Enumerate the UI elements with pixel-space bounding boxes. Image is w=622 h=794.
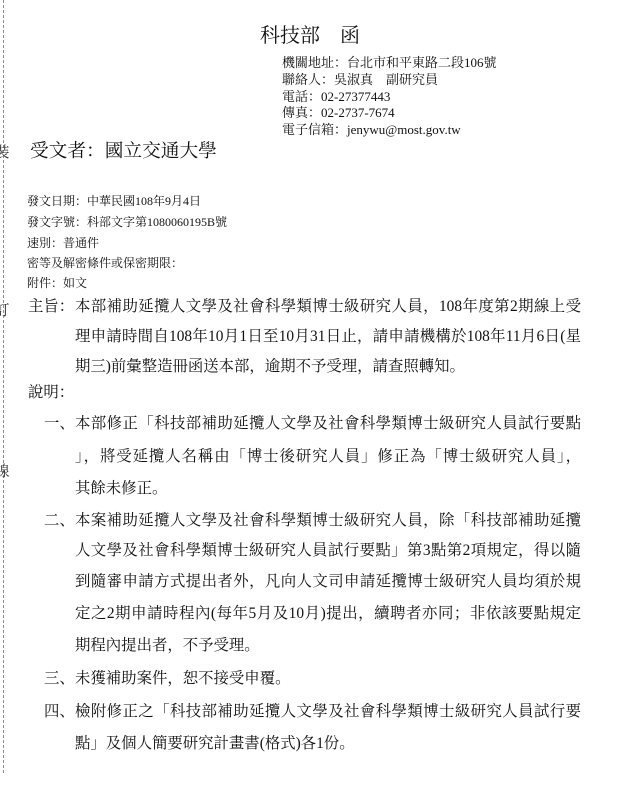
contact-person: 聯絡人：吳淑真 副研究員: [282, 72, 438, 88]
contact-fax: 傳真：02-2737-7674: [282, 105, 395, 121]
official-letter-page: 裝 訂 線 科技部 函 機關地址：台北市和平東路二段106號 聯絡人：吳淑真 副…: [0, 0, 622, 794]
item-line: 點」及個人簡要研究計畫書(格式)各1份。: [75, 734, 355, 754]
binding-mark-zhuang: 裝: [0, 145, 10, 161]
item-line: 本案補助延攬人文學及社會科學類博士級研究人員，除「科技部補助延攬: [75, 511, 581, 531]
subject-line: 理申請時間自108年10月1日至10月31日止，請申請機構於108年11月6日(…: [75, 327, 581, 347]
meta-value: 如文: [63, 276, 87, 290]
subject-label: 主旨：: [28, 297, 74, 317]
contact-phone-label: 電話：: [282, 89, 321, 104]
meta-issue-date: 發文日期：中華民國108年9月4日: [27, 194, 201, 208]
agency-name: 科技部: [260, 25, 320, 47]
contact-fax-label: 傳真：: [282, 105, 321, 120]
meta-value: 科部文字第1080060195B號: [87, 215, 227, 229]
item-line: 」，將受延攬人名稱由「博士後研究人員」修正為「博士級研究人員」，: [75, 447, 581, 467]
item-number: 三、: [44, 669, 75, 689]
document-type: 函: [340, 25, 360, 47]
meta-attachment: 附件：如文: [27, 276, 87, 290]
item-number: 一、: [44, 414, 75, 434]
meta-label: 附件：: [27, 276, 63, 290]
item-line: 人文學及社會科學類博士級研究人員試行要點」第3點第2項規定，得以隨: [75, 541, 581, 561]
subject-line: 本部補助延攬人文學及社會科學類博士級研究人員，108年度第2期線上受: [75, 297, 581, 317]
meta-label: 發文日期：: [27, 194, 87, 208]
contact-phone: 電話：02-27377443: [282, 89, 390, 105]
contact-email: 電子信箱：jenywu@most.gov.tw: [282, 122, 461, 138]
item-number: 二、: [44, 511, 75, 531]
binding-mark-ding: 訂: [0, 303, 10, 319]
contact-phone-value: 02-27377443: [321, 89, 390, 104]
recipient-value: 國立交通大學: [105, 141, 217, 162]
item-line: 本部修正「科技部補助延攬人文學及社會科學類博士級研究人員試行要點: [75, 414, 581, 434]
meta-label: 密等及解密條件或保密期限：: [27, 256, 183, 270]
contact-email-value: jenywu@most.gov.tw: [347, 122, 461, 137]
contact-address-value: 台北市和平東路二段106號: [347, 55, 497, 70]
item-line: 檢附修正之「科技部補助延攬人文學及社會科學類博士級研究人員試行要: [75, 702, 581, 722]
contact-email-label: 電子信箱：: [282, 122, 347, 137]
contact-address-label: 機關地址：: [282, 55, 347, 70]
binding-mark-xian: 線: [0, 464, 10, 480]
meta-priority: 速別：普通件: [27, 236, 99, 250]
item-line: 到隨審申請方式提出者外，凡向人文司申請延攬博士級研究人員均須於規: [75, 572, 581, 592]
subject-line: 期三)前彙整造冊函送本部，逾期不予受理，請查照轉知。: [75, 357, 465, 377]
explanation-label: 說明：: [28, 383, 74, 403]
binding-dashed-line: [3, 0, 4, 773]
item-line: 期程內提出者，不予受理。: [75, 636, 260, 656]
meta-classification: 密等及解密條件或保密期限：: [27, 256, 183, 270]
item-number: 四、: [44, 702, 75, 722]
recipient-label: 受文者：: [30, 141, 105, 162]
contact-person-label: 聯絡人：: [282, 72, 334, 87]
contact-fax-value: 02-2737-7674: [321, 105, 395, 120]
meta-value: 中華民國108年9月4日: [87, 194, 201, 208]
meta-document-number: 發文字號：科部文字第1080060195B號: [27, 215, 227, 229]
meta-value: 普通件: [63, 236, 99, 250]
item-line: 定之2期申請時程內(每年5月及10月)提出，續聘者亦同；非依該要點規定: [75, 604, 581, 624]
recipient: 受文者：國立交通大學: [30, 141, 217, 163]
contact-person-value: 吳淑真 副研究員: [334, 72, 438, 87]
item-line: 其餘未修正。: [75, 479, 167, 499]
meta-label: 速別：: [27, 236, 63, 250]
item-line: 未獲補助案件，恕不接受申覆。: [75, 669, 290, 689]
meta-label: 發文字號：: [27, 215, 87, 229]
contact-address: 機關地址：台北市和平東路二段106號: [282, 55, 497, 71]
